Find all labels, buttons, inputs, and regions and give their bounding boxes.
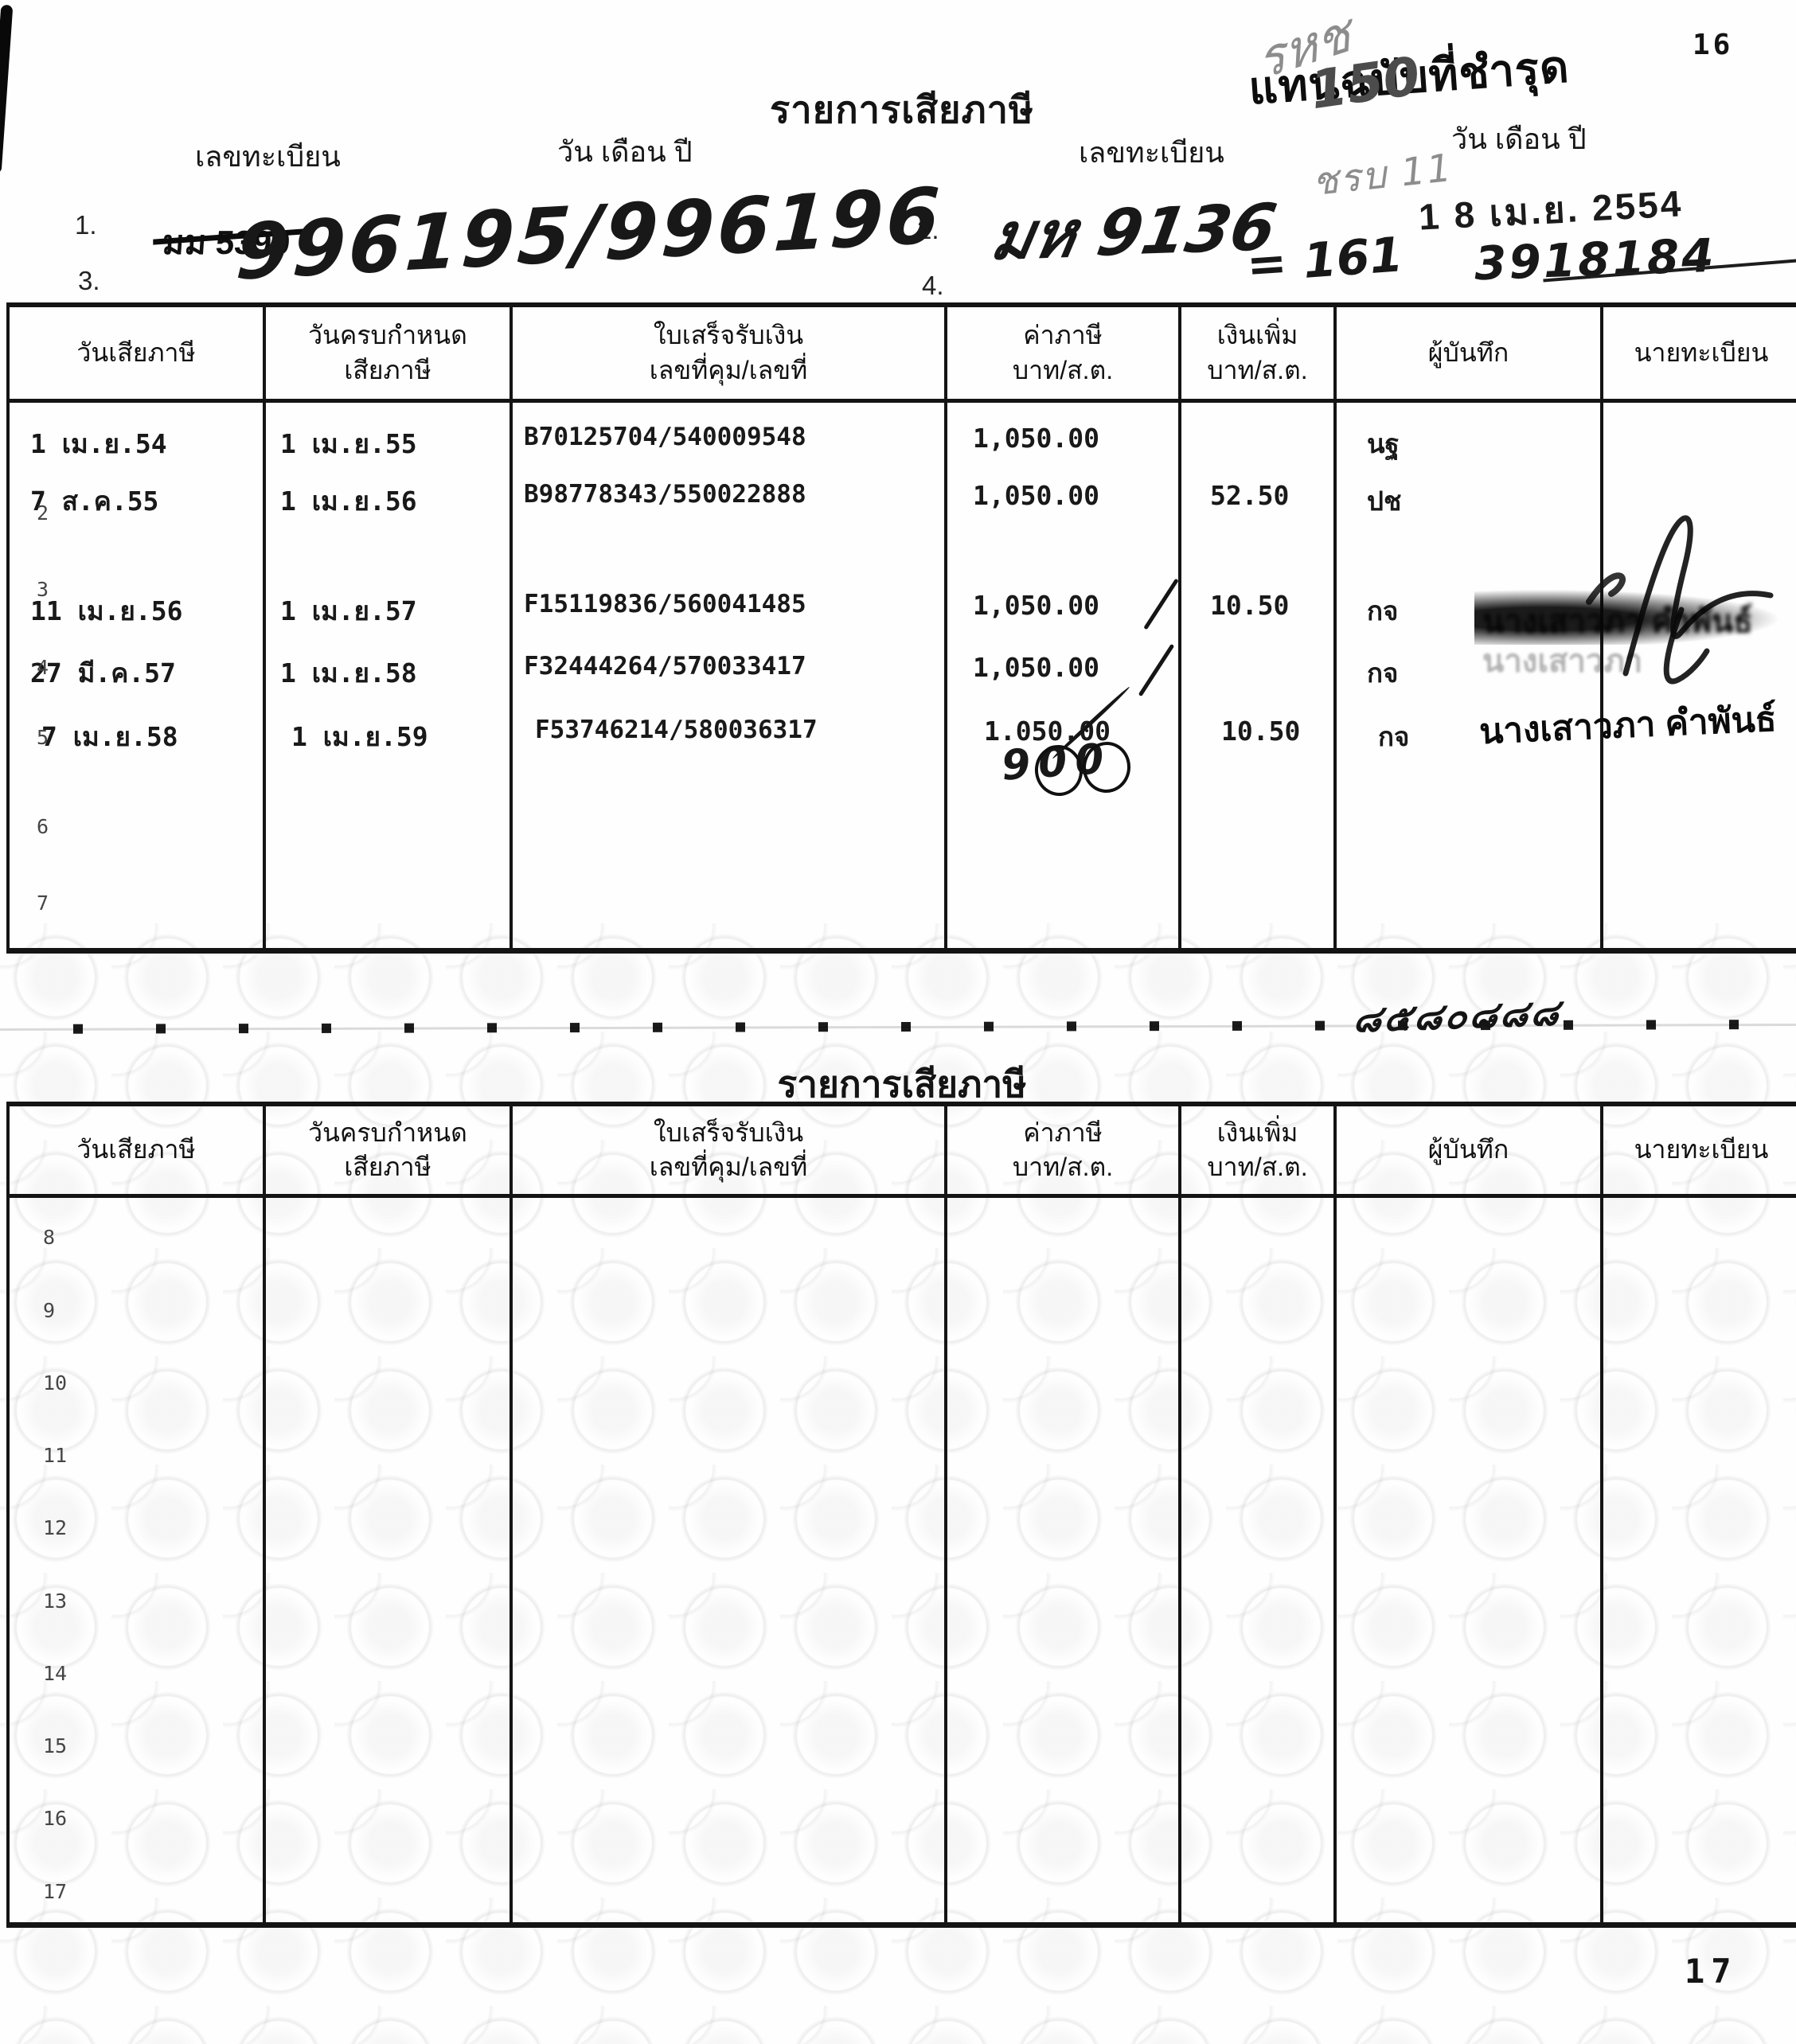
scan-corner-artifact [0, 5, 13, 174]
registrar-name-stamp-faint: นางเสาวภา [1482, 635, 1642, 686]
cell-due-date: 1 เม.ย.58 [266, 652, 513, 694]
col-header-text: วันครบกำหนด [308, 1119, 467, 1147]
handwritten-equals-number: = 161 [1245, 227, 1405, 294]
table2-header: วันเสียภาษี วันครบกำหนด เสียภาษี ใบเสร็จ… [10, 1106, 1796, 1198]
table2-column-lines [10, 1198, 1796, 1922]
col-header-text: บาท/ส.ต. [1207, 1153, 1307, 1181]
cell-receipt: F53746214/580036317 [524, 716, 959, 758]
col-header-due-date: วันครบกำหนด เสียภาษี [266, 307, 513, 399]
col-header-text: วันเสียภาษี [76, 339, 195, 367]
col-header-text: เสียภาษี [344, 1153, 431, 1181]
date-label-right: วัน เดือน ปี [1451, 116, 1587, 162]
cell-tax: 1,050.00 [947, 423, 1181, 465]
cell-surcharge [1181, 652, 1337, 694]
table-row: 7 ส.ค.55 1 เม.ย.56 B98778343/550022888 1… [10, 480, 1796, 522]
cell-due-date: 1 เม.ย.59 [277, 716, 524, 758]
margin-row-number: 17 [43, 1880, 67, 1903]
tax-record-book-page: รายการเสียภาษี แทนฉบับที่ชำรุด 16 รหช 15… [0, 0, 1796, 2044]
cell-recorder: นฐ [1337, 423, 1603, 465]
handwritten-scribble: ๘๕๘๐๘๘๘ [1350, 983, 1564, 1048]
tax-table-2: วันเสียภาษี วันครบกำหนด เสียภาษี ใบเสร็จ… [6, 1102, 1796, 1928]
col-header-text: ใบเสร็จรับเงิน [654, 1119, 803, 1147]
col-header-registrar: นายทะเบียน [1603, 1106, 1796, 1194]
col-header-text: ใบเสร็จรับเงิน [654, 322, 803, 349]
margin-row-number: 12 [43, 1516, 67, 1539]
section1-title: รายการเสียภาษี [763, 80, 1041, 139]
item-number-3: 3. [78, 266, 100, 296]
cell-receipt: B70125704/540009548 [513, 423, 947, 465]
cell-surcharge: 52.50 [1181, 480, 1337, 522]
date-label-left: วัน เดือน ปี [557, 129, 693, 174]
col-header-text: เงินเพิ่ม [1217, 1119, 1298, 1147]
cell-due-date: 1 เม.ย.57 [266, 590, 513, 632]
cell-surcharge: 10.50 [1193, 716, 1348, 758]
cell-due-date: 1 เม.ย.55 [266, 423, 513, 465]
cell-receipt: B98778343/550022888 [513, 480, 947, 522]
col-header-text: เงินเพิ่ม [1217, 322, 1298, 349]
margin-row-number: 10 [43, 1371, 67, 1395]
table2-body [10, 1198, 1796, 1922]
margin-row-number: 3 [37, 578, 49, 601]
col-header-text: ค่าภาษี [1023, 1119, 1103, 1147]
col-header-text: วันครบกำหนด [308, 322, 467, 349]
handwritten-new-plate: มห 9136 [983, 176, 1284, 287]
page-number-bottom: 17 [1685, 1952, 1738, 1991]
page-number-top: 16 [1693, 29, 1733, 61]
margin-row-number: 2 [37, 501, 49, 525]
col-header-tax-date: วันเสียภาษี [10, 1106, 266, 1194]
col-header-tax-amount: ค่าภาษี บาท/ส.ต. [947, 307, 1181, 399]
col-header-text: เสียภาษี [344, 357, 431, 384]
cell-receipt: F15119836/560041485 [513, 590, 947, 632]
cell-surcharge [1181, 423, 1337, 465]
margin-row-number: 8 [43, 1226, 55, 1249]
col-header-text: ผู้บันทึก [1428, 339, 1509, 367]
col-header-text: ค่าภาษี [1023, 322, 1103, 349]
col-header-text: นายทะเบียน [1634, 339, 1769, 367]
handwritten-book-numbers: 996195/996196 [234, 171, 945, 298]
col-header-text: ผู้บันทึก [1428, 1136, 1509, 1164]
margin-row-number: 11 [43, 1444, 67, 1467]
col-header-text: นายทะเบียน [1634, 1136, 1769, 1164]
cell-surcharge: 10.50 [1181, 590, 1337, 632]
margin-row-number: 16 [43, 1807, 67, 1830]
handwritten-number: 3918184 [1474, 228, 1717, 291]
cell-due-date: 1 เม.ย.56 [266, 480, 513, 522]
cell-recorder: ปช [1337, 480, 1603, 522]
cell-tax-date: 1 เม.ย.54 [10, 423, 266, 465]
col-header-surcharge: เงินเพิ่ม บาท/ส.ต. [1181, 1106, 1337, 1194]
margin-row-number: 15 [43, 1734, 67, 1757]
registration-label-left: เลขทะเบียน [195, 134, 341, 179]
cell-registrar [1603, 423, 1796, 465]
col-header-text: บาท/ส.ต. [1207, 357, 1307, 384]
margin-row-number: 5 [37, 726, 49, 749]
item-number-4: 4. [922, 271, 944, 301]
col-header-recorder: ผู้บันทึก [1337, 307, 1603, 399]
col-header-tax-date: วันเสียภาษี [10, 307, 266, 399]
margin-row-number: 4 [37, 656, 49, 679]
col-header-surcharge: เงินเพิ่ม บาท/ส.ต. [1181, 307, 1337, 399]
col-header-receipt: ใบเสร็จรับเงิน เลขที่คุม/เลขที่ [513, 307, 947, 399]
col-header-text: เลขที่คุม/เลขที่ [650, 357, 807, 384]
margin-row-number: 13 [43, 1590, 67, 1613]
cell-tax: 1,050.00 [947, 480, 1181, 522]
col-header-recorder: ผู้บันทึก [1337, 1106, 1603, 1194]
col-header-text: บาท/ส.ต. [1013, 357, 1113, 384]
col-header-tax-amount: ค่าภาษี บาท/ส.ต. [947, 1106, 1181, 1194]
table1-header: วันเสียภาษี วันครบกำหนด เสียภาษี ใบเสร็จ… [10, 307, 1796, 403]
margin-row-number: 14 [43, 1662, 67, 1685]
col-header-registrar: นายทะเบียน [1603, 307, 1796, 399]
cell-receipt: F32444264/570033417 [513, 652, 947, 694]
col-header-text: บาท/ส.ต. [1013, 1153, 1113, 1181]
col-header-text: วันเสียภาษี [76, 1136, 195, 1164]
col-header-text: เลขที่คุม/เลขที่ [650, 1153, 807, 1181]
item-number-1: 1. [75, 210, 97, 240]
cell-tax-date: 7 เม.ย.58 [21, 716, 277, 758]
margin-row-number: 6 [37, 815, 49, 838]
margin-row-number: 7 [37, 891, 49, 915]
col-header-due-date: วันครบกำหนด เสียภาษี [266, 1106, 513, 1194]
table-row: 1 เม.ย.54 1 เม.ย.55 B70125704/540009548 … [10, 423, 1796, 465]
col-header-receipt: ใบเสร็จรับเงิน เลขที่คุม/เลขที่ [513, 1106, 947, 1194]
margin-row-number: 9 [43, 1299, 55, 1322]
registration-label-right: เลขทะเบียน [1079, 130, 1224, 175]
